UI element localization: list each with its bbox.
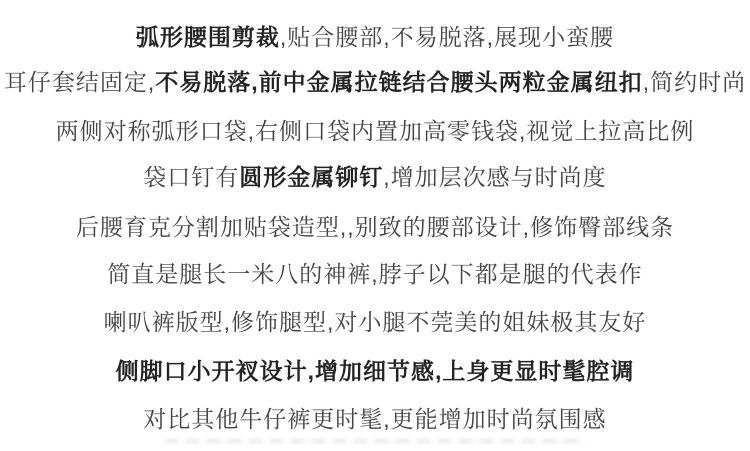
line-text-bold: 侧脚口小开衩设计,增加细节感,上身更显时髦腔调 [116,358,635,384]
description-line: 对比其他牛仔裤更时髦,更能增加时尚氛围感 [0,404,750,434]
description-line: 两侧对称弧形口袋,右侧口袋内置加高零钱袋,视觉上拉高比例 [0,116,750,146]
line-text-regular: 后腰育克分割加贴袋造型,,别致的腰部设计,修饰臀部线条 [76,214,674,240]
description-line: 耳仔套结固定,不易脱落,前中金属拉链结合腰头两粒金属纽扣,简约时尚 [0,67,750,97]
line-text-regular: 耳仔套结固定, [4,69,155,95]
line-text-regular: ,贴合腰部,不易脱落,展现小蛮腰 [280,24,614,50]
description-line: 弧形腰围剪裁,贴合腰部,不易脱落,展现小蛮腰 [0,22,750,52]
line-text-regular: 喇叭裤版型,修饰腿型,对小腿不莞美的姐妹极其友好 [104,309,647,335]
line-text-regular: ,简约时尚 [643,69,746,95]
product-description-section: 弧形腰围剪裁,贴合腰部,不易脱落,展现小蛮腰 耳仔套结固定,不易脱落,前中金属拉… [0,0,750,451]
description-line: 喇叭裤版型,修饰腿型,对小腿不莞美的姐妹极其友好 [0,307,750,337]
line-text-bold: 弧形腰围剪裁 [136,24,280,50]
line-text-regular: 对比其他牛仔裤更时髦,更能增加时尚氛围感 [143,406,606,432]
line-text-regular: 袋口钉有 [143,164,239,190]
cutoff-next-line-ghost [165,438,585,444]
line-text-regular: ,增加层次感与时尚度 [383,164,606,190]
line-text-regular: 简直是腿长一米八的神裤,脖子以下都是腿的代表作 [107,261,642,287]
line-text-bold: 圆形金属铆钉 [239,164,383,190]
line-text-bold: 不易脱落,前中金属拉链结合腰头两粒金属纽扣 [155,69,642,95]
description-line: 侧脚口小开衩设计,增加细节感,上身更显时髦腔调 [0,356,750,386]
description-line: 简直是腿长一米八的神裤,脖子以下都是腿的代表作 [0,259,750,289]
description-line: 袋口钉有圆形金属铆钉,增加层次感与时尚度 [0,162,750,192]
line-text-regular: 两侧对称弧形口袋,右侧口袋内置加高零钱袋,视觉上拉高比例 [56,118,695,144]
description-line: 后腰育克分割加贴袋造型,,别致的腰部设计,修饰臀部线条 [0,212,750,242]
